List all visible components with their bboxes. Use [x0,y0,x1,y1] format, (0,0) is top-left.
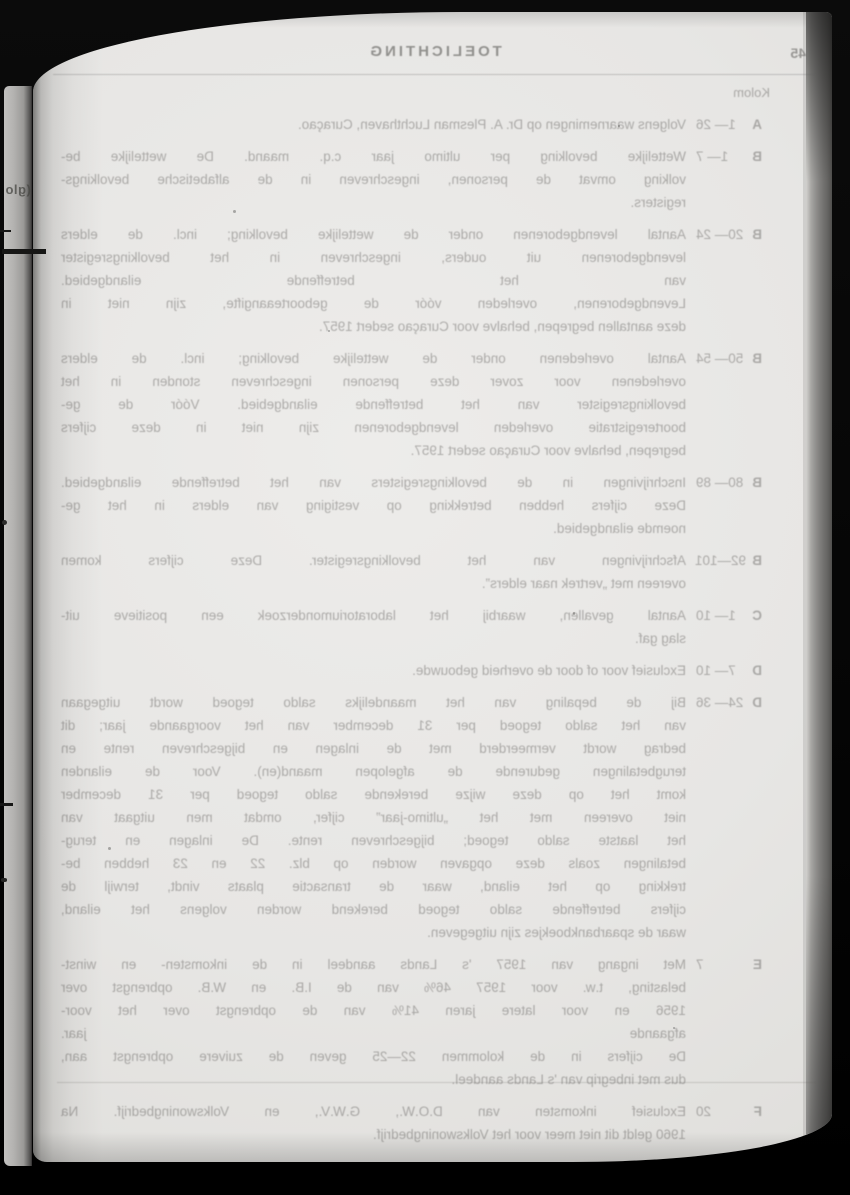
item-text-line: Afschrijvingen van het bevolkingsregiste… [61,549,686,572]
item-text-line: noemde eilandgebied. [61,517,686,540]
item-text-line: niet overeen met het „ultimo-jaar” cijfe… [61,806,686,829]
page-number: 45 [790,42,806,65]
item-column-letter: B [746,145,762,214]
item-text-line: Wettelijke bevolking per ultimo jaar c.q… [61,145,686,168]
item-text: Met ingang van 1957 's Lands aandeel in … [61,953,686,1091]
item-text-line: cijfers betreffende saldo tegoed bereken… [61,898,686,921]
item-text-line: Inschrijvingen in de bevolkingsregisters… [61,471,686,494]
item-column-range: 20 [696,1100,746,1146]
item-text-line: De cijfers in de kolommen 22—25 geven de… [61,1045,686,1068]
item-text-line: 1956 en voor latere jaren 41% van de opb… [61,999,686,1022]
page-top-shadow [33,12,832,28]
toelichting-item: D24— 36Bij de bepaling van het maandelij… [53,691,816,944]
item-text-line: Exclusief inkomsten van D.O.W., G.W.V., … [61,1100,686,1123]
item-column-range: 1— 26 [696,113,746,136]
item-label: E7 [692,953,762,1091]
item-text: Exclusief inkomsten van D.O.W., G.W.V., … [61,1100,686,1146]
item-text-line: afgaande jaar. [61,1022,686,1045]
item-text: Wettelijke bevolking per ultimo jaar c.q… [61,145,686,214]
column-heading: Kolom [53,81,770,104]
item-text-line: volking omvat de personen, ingeschreven … [61,168,686,191]
scanned-book-spread: { "colors": { "scanner_background": "#07… [0,0,850,1195]
item-column-range: 7 [696,953,746,1091]
item-text-line: Volgens waarnemingen op Dr. A. Plesman L… [61,113,686,136]
item-text-line: komt het op deze wijze berekende saldo t… [61,783,686,806]
item-label: B20— 24 [692,223,762,338]
page-header: 45 TOELICHTING [53,40,816,64]
item-label: B80— 89 [692,471,762,540]
item-label: D24— 36 [692,691,762,944]
item-text-line: levendgeborenen uit ouders, ingeschreven… [61,246,686,269]
bleed-through-text-layer: 45 TOELICHTING Kolom A1— 26Volgens waarn… [53,40,816,1144]
item-text-line: slag gaf. [61,627,686,650]
item-label: D7— 10 [692,659,762,682]
item-column-letter: B [746,549,762,595]
item-label: C1— 10 [692,604,762,650]
item-text-line: bedrag wordt vermeerderd met de inlagen … [61,737,686,760]
item-column-letter: A [746,113,762,136]
item-column-range: 24— 36 [696,691,746,944]
facing-page-tick-mark [0,230,11,232]
item-column-range: 92—101 [696,549,746,595]
scanned-page: 45 TOELICHTING Kolom A1— 26Volgens waarn… [33,12,832,1162]
item-text-line: terugbetalingen gedurende de afgelopen m… [61,760,686,783]
item-text-line: Levendgeborenen, overleden vóór de geboo… [61,292,686,315]
item-label: B1— 7 [692,145,762,214]
item-text-line: Bij de bepaling van het maandelijks sald… [61,691,686,714]
item-text-line: Met ingang van 1957 's Lands aandeel in … [61,953,686,976]
facing-page-ink-dot [2,520,7,525]
item-text-line: het laatste saldo tegoed; bijgeschreven … [61,829,686,852]
item-text-line: van het betreffende eilandgebied. [61,269,686,292]
item-text: Aantal overledenen onder de wettelijke b… [61,347,686,462]
item-text-line: Aantal overledenen onder de wettelijke b… [61,347,686,370]
item-text-line: belasting, t.w. voor 1957 46% van de I.B… [61,976,686,999]
item-text-line: van het saldo tegoed per 31 december van… [61,714,686,737]
item-text-line: Aantal gevallen, waarbij het laboratoriu… [61,604,686,627]
item-text-line: betalingen zoals deze opgaven worden op … [61,852,686,875]
item-text-line: 1960 geldt dit niet meer voor het Volksw… [61,1123,686,1146]
toelichting-item: E7Met ingang van 1957 's Lands aandeel i… [53,953,816,1091]
item-column-letter: D [746,659,762,682]
toelichting-item: F20Exclusief inkomsten van D.O.W., G.W.V… [53,1100,816,1146]
item-text-line: Deze cijfers hebben betrekking op vestig… [61,494,686,517]
item-text: Afschrijvingen van het bevolkingsregiste… [61,549,686,595]
item-text: Bij de bepaling van het maandelijks sald… [61,691,686,944]
item-label: A1— 26 [692,113,762,136]
item-text-line: dus met inbegrip van 's Lands aandeel. [61,1068,686,1091]
item-column-range: 20— 24 [696,223,746,338]
item-text-line: trekking op het eiland, waar de transact… [61,875,686,898]
item-column-letter: C [746,604,762,650]
page-title: TOELICHTING [53,40,816,63]
facing-page-tick-mark [0,803,13,806]
item-text: Aantal gevallen, waarbij het laboratoriu… [61,604,686,650]
item-column-range: 1— 7 [696,145,746,214]
item-text-line: waar de spaarbankboekjes zijn uitgegeven… [61,921,686,944]
item-text-line: begrepen, behalve voor Curaçao sedert 19… [61,439,686,462]
item-label: B92—101 [692,549,762,595]
item-text: Inschrijvingen in de bevolkingsregisters… [61,471,686,540]
item-text-line: overeen met „vertrek naar elders”. [61,572,686,595]
item-column-range: 80— 89 [696,471,746,540]
item-label: B50— 54 [692,347,762,462]
toelichting-item: B50— 54Aantal overledenen onder de wette… [53,347,816,462]
item-column-range: 1— 10 [696,604,746,650]
toelichting-list: A1— 26Volgens waarnemingen op Dr. A. Ple… [53,113,816,1146]
facing-page-edge: (glo [4,86,32,1166]
item-column-letter: B [746,471,762,540]
item-text-line: Aantal levendgeborenen onder de wettelij… [61,223,686,246]
toelichting-item: B92—101Afschrijvingen van het bevolkings… [53,549,816,595]
item-column-range: 50— 54 [696,347,746,462]
item-text-line: Exclusief voor of door de overheid gebou… [61,659,686,682]
item-column-letter: D [746,691,762,944]
item-label: F20 [692,1100,762,1146]
item-column-letter: F [746,1100,762,1146]
header-rule [53,74,816,75]
facing-page-text-fragment: (glo [5,182,31,197]
item-column-letter: B [746,347,762,462]
facing-page-ink-dot [1,878,7,882]
item-column-letter: B [746,223,762,338]
footnote-rule [57,1082,816,1083]
item-column-letter: E [746,953,762,1091]
toelichting-item: B20— 24Aantal levendgeborenen onder de w… [53,223,816,338]
item-text: Aantal levendgeborenen onder de wettelij… [61,223,686,338]
item-text-line: registers. [61,191,686,214]
facing-page-table-rule [2,249,46,254]
item-text-line: overledenen voor zover deze personen ing… [61,370,686,393]
toelichting-item: B1— 7Wettelijke bevolking per ultimo jaa… [53,145,816,214]
item-text-line: boorteregistratie overleden levendgebore… [61,416,686,439]
toelichting-item: C1— 10Aantal gevallen, waarbij het labor… [53,604,816,650]
item-text-line: bevolkingsregister van het betreffende e… [61,393,686,416]
item-text: Volgens waarnemingen op Dr. A. Plesman L… [61,113,686,136]
item-text-line: deze aantallen begrepen, behalve voor Cu… [61,315,686,338]
toelichting-item: D7— 10Exclusief voor of door de overheid… [53,659,816,682]
item-column-range: 7— 10 [696,659,746,682]
toelichting-item: A1— 26Volgens waarnemingen op Dr. A. Ple… [53,113,816,136]
toelichting-item: B80— 89Inschrijvingen in de bevolkingsre… [53,471,816,540]
item-text: Exclusief voor of door de overheid gebou… [61,659,686,682]
